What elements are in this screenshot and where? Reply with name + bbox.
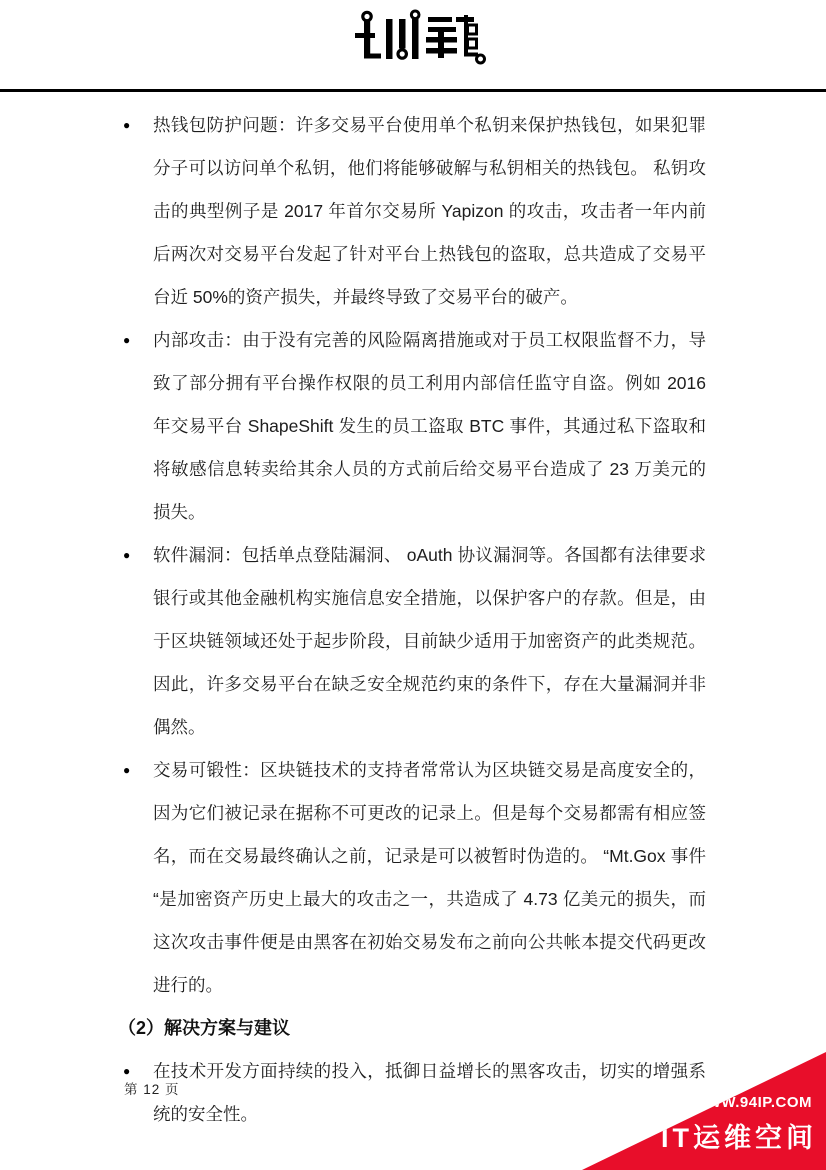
list-item-text: 交易可锻性：区块链技术的支持者常常认为区块链交易是高度安全的，因为它们被记录在据… — [153, 760, 706, 995]
brand-logo — [0, 8, 826, 70]
document-page: ● 热钱包防护问题：许多交易平台使用单个私钥来保护热钱包，如果犯罪分子可以访问单… — [0, 0, 826, 1170]
watermark-site-name: IT运维空间 — [661, 1116, 817, 1155]
list-item-text: 内部攻击：由于没有完善的风险隔离措施或对于员工权限监督不力，导致了部分拥有平台操… — [153, 330, 706, 522]
list-item: ● 交易可锻性：区块链技术的支持者常常认为区块链交易是高度安全的，因为它们被记录… — [153, 749, 706, 1007]
section-heading: （2）解决方案与建议 — [118, 1007, 706, 1050]
bullet-icon: ● — [123, 749, 130, 792]
list-item: ● 热钱包防护问题：许多交易平台使用单个私钥来保护热钱包，如果犯罪分子可以访问单… — [153, 104, 706, 319]
watermark-site-url: WWW.94IP.COM — [692, 1094, 812, 1111]
circuit-chain-logo-icon — [338, 8, 488, 70]
list-item: ● 软件漏洞：包括单点登陆漏洞、 oAuth 协议漏洞等。各国都有法律要求银行或… — [153, 534, 706, 749]
bullet-icon: ● — [123, 534, 130, 577]
document-body: ● 热钱包防护问题：许多交易平台使用单个私钥来保护热钱包，如果犯罪分子可以访问单… — [153, 104, 706, 1136]
list-item-text: 软件漏洞：包括单点登陆漏洞、 oAuth 协议漏洞等。各国都有法律要求银行或其他… — [153, 545, 706, 737]
page-number: 第 12 页 — [124, 1078, 180, 1098]
list-item-text: 在技术开发方面持续的投入，抵御日益增长的黑客攻击，切实的增强系统的安全性。 — [153, 1061, 706, 1124]
list-item: ● 内部攻击：由于没有完善的风险隔离措施或对于员工权限监督不力，导致了部分拥有平… — [153, 319, 706, 534]
bullet-icon: ● — [123, 319, 130, 362]
list-item: ● 在技术开发方面持续的投入，抵御日益增长的黑客攻击，切实的增强系统的安全性。 — [153, 1050, 706, 1136]
bullet-icon: ● — [123, 104, 130, 147]
list-item-text: 热钱包防护问题：许多交易平台使用单个私钥来保护热钱包，如果犯罪分子可以访问单个私… — [153, 115, 706, 307]
header-divider — [0, 89, 826, 92]
